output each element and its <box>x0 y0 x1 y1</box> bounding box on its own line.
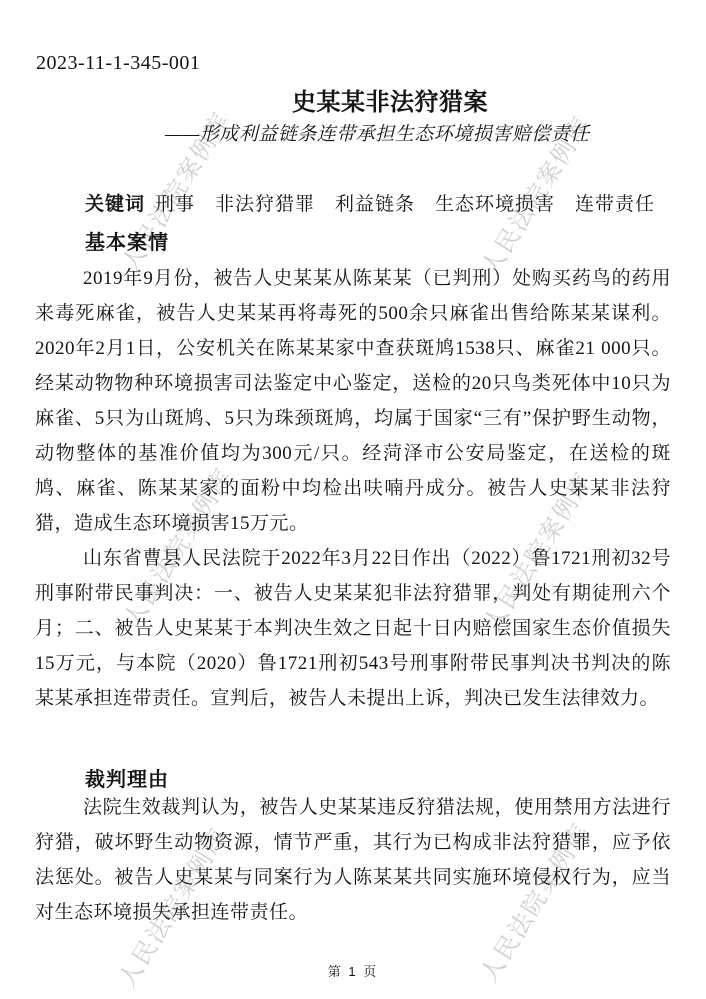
keywords-terms: 刑事 非法狩猎罪 利益链条 生态环境损害 连带责任 <box>155 194 655 215</box>
keywords-line: 关键词刑事 非法狩猎罪 利益链条 生态环境损害 连带责任 <box>85 189 655 216</box>
paragraph: 法院生效裁判认为，被告人史某某违反狩猎法规，使用禁用方法进行狩猎，破坏野生动物资… <box>35 790 671 930</box>
section-heading-judgment-reasons: 裁判理由 <box>85 763 169 792</box>
keywords-label: 关键词 <box>85 194 145 215</box>
paragraph: 山东省曹县人民法院于2022年3月22日作出（2022）鲁1721刑初32号刑事… <box>35 541 671 716</box>
document-page: 人民法院案例库 人民法院案例库 人民法院案例库 人民法院案例库 人民法院案例库 … <box>0 0 706 999</box>
section-heading-basic-facts: 基本案情 <box>85 226 169 255</box>
page-number: 第 1 页 <box>0 961 706 980</box>
case-title: 史某某非法狩猎案 <box>292 82 488 117</box>
section-judgment-reasons: 法院生效裁判认为，被告人史某某违反狩猎法规，使用禁用方法进行狩猎，破坏野生动物资… <box>35 790 671 930</box>
section-basic-facts: 2019年9月份，被告人史某某从陈某某（已判刑）处购买药鸟的药用来毒死麻雀，被告… <box>35 261 671 716</box>
case-number: 2023-11-1-345-001 <box>36 52 200 75</box>
paragraph: 2019年9月份，被告人史某某从陈某某（已判刑）处购买药鸟的药用来毒死麻雀，被告… <box>35 261 671 541</box>
case-subtitle: ——形成利益链条连带承担生态环境损害赔偿责任 <box>165 119 590 146</box>
